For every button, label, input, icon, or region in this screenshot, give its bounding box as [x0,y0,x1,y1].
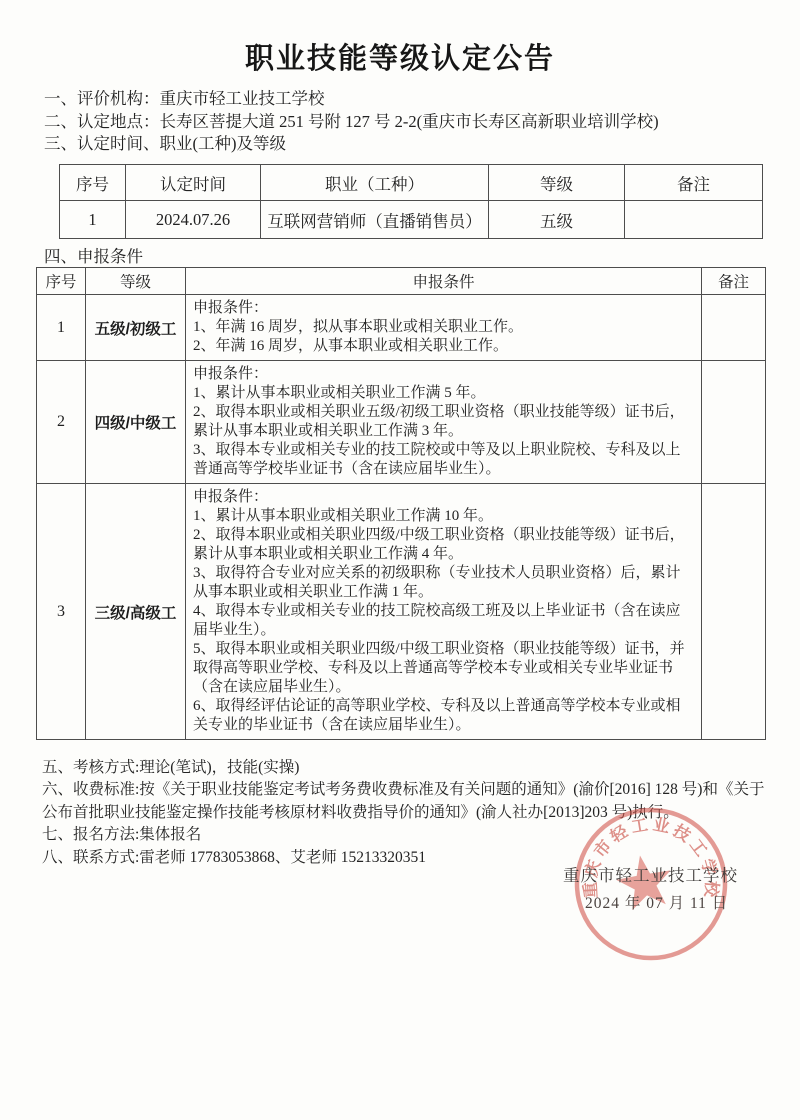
cell-level: 五级 [489,201,625,239]
cell-time: 2024.07.26 [126,201,261,239]
header-cell-occupation: 职业（工种） [261,165,489,201]
footer-item-assessment: 五、考核方式:理论(笔试)，技能(实操) [42,757,775,779]
cell-occupation: 互联网营销师（直播销售员） [261,201,489,239]
cell-remark [702,295,766,361]
section4-title: 四、申报条件 [44,243,143,267]
signature-organization: 重庆市轻工业技工学校 [563,862,738,886]
table-row: 3 三级/高级工 申报条件： 1、累计从事本职业或相关职业工作满 10 年。 2… [37,484,766,740]
table-row: 2 四级/中级工 申报条件： 1、累计从事本职业或相关职业工作满 5 年。 2、… [37,361,766,484]
intro-line-evaluator: 一、评价机构：重庆市轻工业技工学校 [44,88,764,111]
intro-section: 一、评价机构：重庆市轻工业技工学校 二、认定地点：长寿区菩提大道 251 号附 … [44,88,764,156]
header-cell-no: 序号 [60,165,126,201]
condition-line: 3、取得本专业或相关专业的技工院校或中等及以上职业院校、专科及以上普通高等学校毕… [193,441,693,479]
cell-remark [625,201,763,239]
condition-line: 5、取得本职业或相关职业四级/中级工职业资格（职业技能等级）证书，并取得高等职业… [193,640,693,697]
cell-remark [702,484,766,740]
cell-no: 2 [37,361,86,484]
condition-line: 1、累计从事本职业或相关职业工作满 10 年。 [193,507,693,526]
header-cell-time: 认定时间 [126,165,261,201]
application-conditions-table: 序号 等级 申报条件 备注 1 五级/初级工 申报条件： 1、年满 16 周岁，… [36,267,766,740]
condition-line: 6、取得经评估论证的高等职业学校、专科及以上普通高等学校本专业或相关专业的毕业证… [193,697,693,735]
header-cell-remark: 备注 [625,165,763,201]
header-cell-level: 等级 [489,165,625,201]
footer-item-registration: 七、报名方法:集体报名 [42,824,775,846]
cell-no: 1 [37,295,86,361]
condition-line: 申报条件： [193,488,693,507]
cell-level: 五级/初级工 [86,295,186,361]
certification-schedule-table: 序号 认定时间 职业（工种） 等级 备注 1 2024.07.26 互联网营销师… [59,164,763,239]
header-cell-no: 序号 [37,268,86,295]
table-row: 1 五级/初级工 申报条件： 1、年满 16 周岁，拟从事本职业或相关职业工作。… [37,295,766,361]
condition-line: 4、取得本专业或相关专业的技工院校高级工班及以上毕业证书（含在读应届毕业生）。 [193,602,693,640]
condition-line: 1、累计从事本职业或相关职业工作满 5 年。 [193,384,693,403]
cell-no: 1 [60,201,126,239]
table-header-row: 序号 等级 申报条件 备注 [37,268,766,295]
cell-conditions: 申报条件： 1、年满 16 周岁，拟从事本职业或相关职业工作。 2、年满 16 … [186,295,702,361]
cell-remark [702,361,766,484]
document-page: 职业技能等级认定公告 一、评价机构：重庆市轻工业技工学校 二、认定地点：长寿区菩… [0,0,800,1120]
condition-line: 2、取得本职业或相关职业五级/初级工职业资格（职业技能等级）证书后，累计从事本职… [193,403,693,441]
signature-date: 2024 年 07 月 11 日 [585,891,728,913]
cell-level: 三级/高级工 [86,484,186,740]
intro-line-schedule: 三、认定时间、职业(工种)及等级 [44,133,764,156]
header-cell-conditions: 申报条件 [186,268,702,295]
condition-line: 申报条件： [193,365,693,384]
cell-level: 四级/中级工 [86,361,186,484]
intro-line-location: 二、认定地点：长寿区菩提大道 251 号附 127 号 2-2(重庆市长寿区高新… [44,111,764,134]
condition-line: 2、取得本职业或相关职业四级/中级工职业资格（职业技能等级）证书后，累计从事本职… [193,526,693,564]
page-title: 职业技能等级认定公告 [0,36,800,77]
condition-line: 3、取得符合专业对应关系的初级职称（专业技术人员职业资格）后，累计从事本职业或相… [193,564,693,602]
header-cell-level: 等级 [86,268,186,295]
footer-section: 五、考核方式:理论(笔试)，技能(实操) 六、收费标准:按《关于职业技能鉴定考试… [42,757,775,869]
cell-conditions: 申报条件： 1、累计从事本职业或相关职业工作满 10 年。 2、取得本职业或相关… [186,484,702,740]
header-cell-remark: 备注 [702,268,766,295]
condition-line: 申报条件： [193,299,693,318]
cell-no: 3 [37,484,86,740]
condition-line: 1、年满 16 周岁，拟从事本职业或相关职业工作。 [193,318,693,337]
table-row: 1 2024.07.26 互联网营销师（直播销售员） 五级 [60,201,763,239]
cell-conditions: 申报条件： 1、累计从事本职业或相关职业工作满 5 年。 2、取得本职业或相关职… [186,361,702,484]
table-header-row: 序号 认定时间 职业（工种） 等级 备注 [60,165,763,201]
condition-line: 2、年满 16 周岁，从事本职业或相关职业工作。 [193,337,693,356]
footer-item-fees: 六、收费标准:按《关于职业技能鉴定考试考务费收费标准及有关问题的通知》(渝价[2… [42,779,775,824]
